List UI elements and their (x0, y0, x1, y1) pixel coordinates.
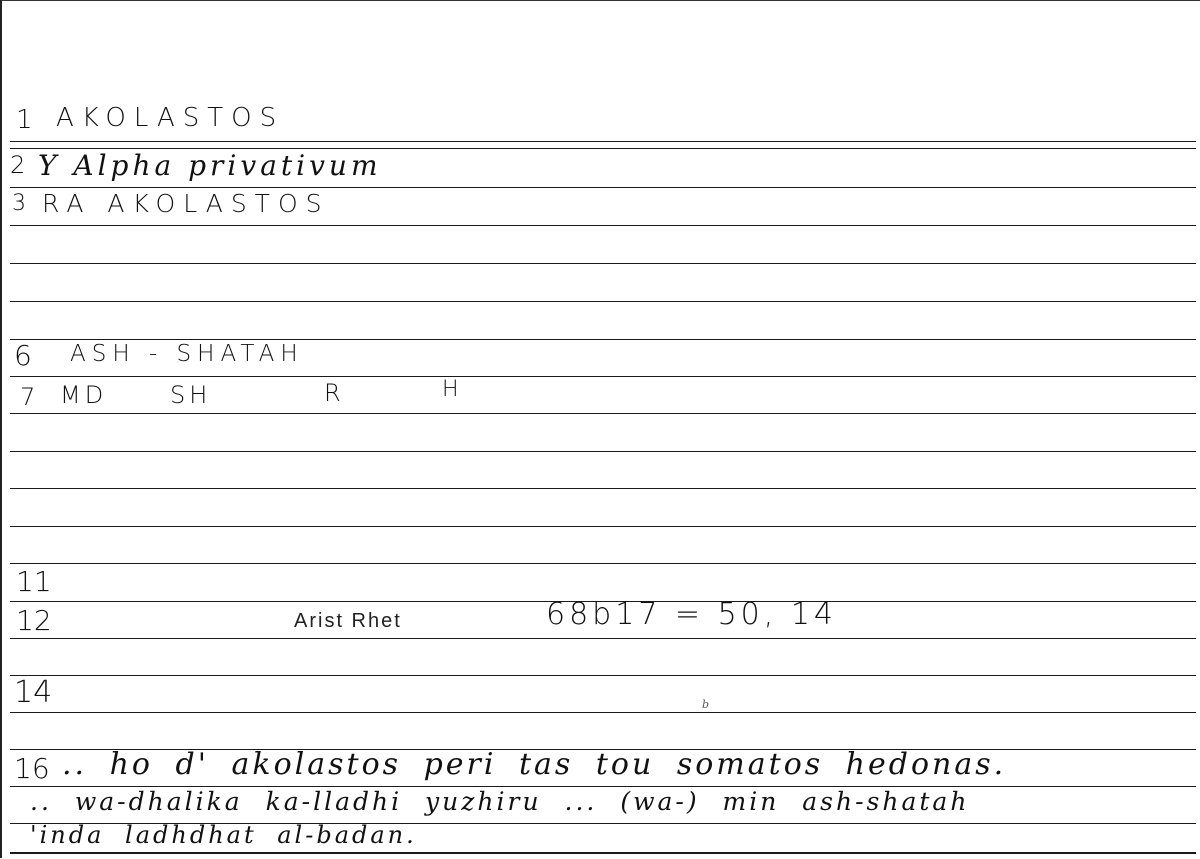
line-number: 2 (10, 151, 25, 179)
ruled-line (10, 852, 1196, 854)
line-number: 6 (14, 339, 32, 372)
line-number: 1 (16, 105, 33, 135)
ruled-line (10, 526, 1196, 527)
stray-mark: b (702, 698, 709, 711)
root-letter: SH (170, 381, 211, 409)
ruled-line (10, 376, 1196, 377)
line-number: 3 (12, 191, 26, 216)
ruled-line (10, 451, 1196, 452)
ruled-line (10, 263, 1196, 264)
arabic-translation-continued: 'inda ladhdhat al-badan. (30, 821, 417, 849)
index-card: 1 AKOLASTOS 2 Y Alpha privativum 3 RA AK… (0, 0, 1200, 858)
ruled-line (10, 563, 1196, 564)
arabic-equivalent: ASH - SHATAH (70, 341, 304, 367)
line-number: 12 (16, 604, 52, 637)
root-letter: MD (60, 381, 107, 409)
arabic-translation: .. wa-dhalika ka-lladhi yuzhiru ... (wa-… (30, 787, 969, 816)
ruled-line (10, 488, 1196, 489)
ruled-line (10, 141, 1196, 142)
ruled-line (10, 301, 1196, 302)
page-reference: 68b17 = 50, 14 (546, 597, 837, 632)
line-number: 11 (16, 565, 52, 598)
root-headword: RA AKOLASTOS (42, 189, 330, 218)
root-letter: R (324, 379, 349, 407)
ruled-line (10, 712, 1196, 713)
source-citation: Arist Rhet (294, 610, 402, 633)
line-number: 7 (20, 383, 35, 411)
headword: AKOLASTOS (56, 103, 284, 133)
ruled-line (10, 225, 1196, 226)
ruled-line (10, 638, 1196, 639)
morphology-note: Y Alpha privativum (38, 149, 382, 182)
greek-quotation: .. ho d' akolastos peri tas tou somatos … (62, 747, 1006, 782)
ruled-line (10, 413, 1196, 414)
line-number: 16 (14, 752, 50, 785)
line-number: 14 (14, 675, 52, 710)
root-letter: H (442, 377, 467, 402)
ruled-line (10, 187, 1196, 188)
ruled-line (10, 675, 1196, 676)
ruled-line (10, 339, 1196, 340)
